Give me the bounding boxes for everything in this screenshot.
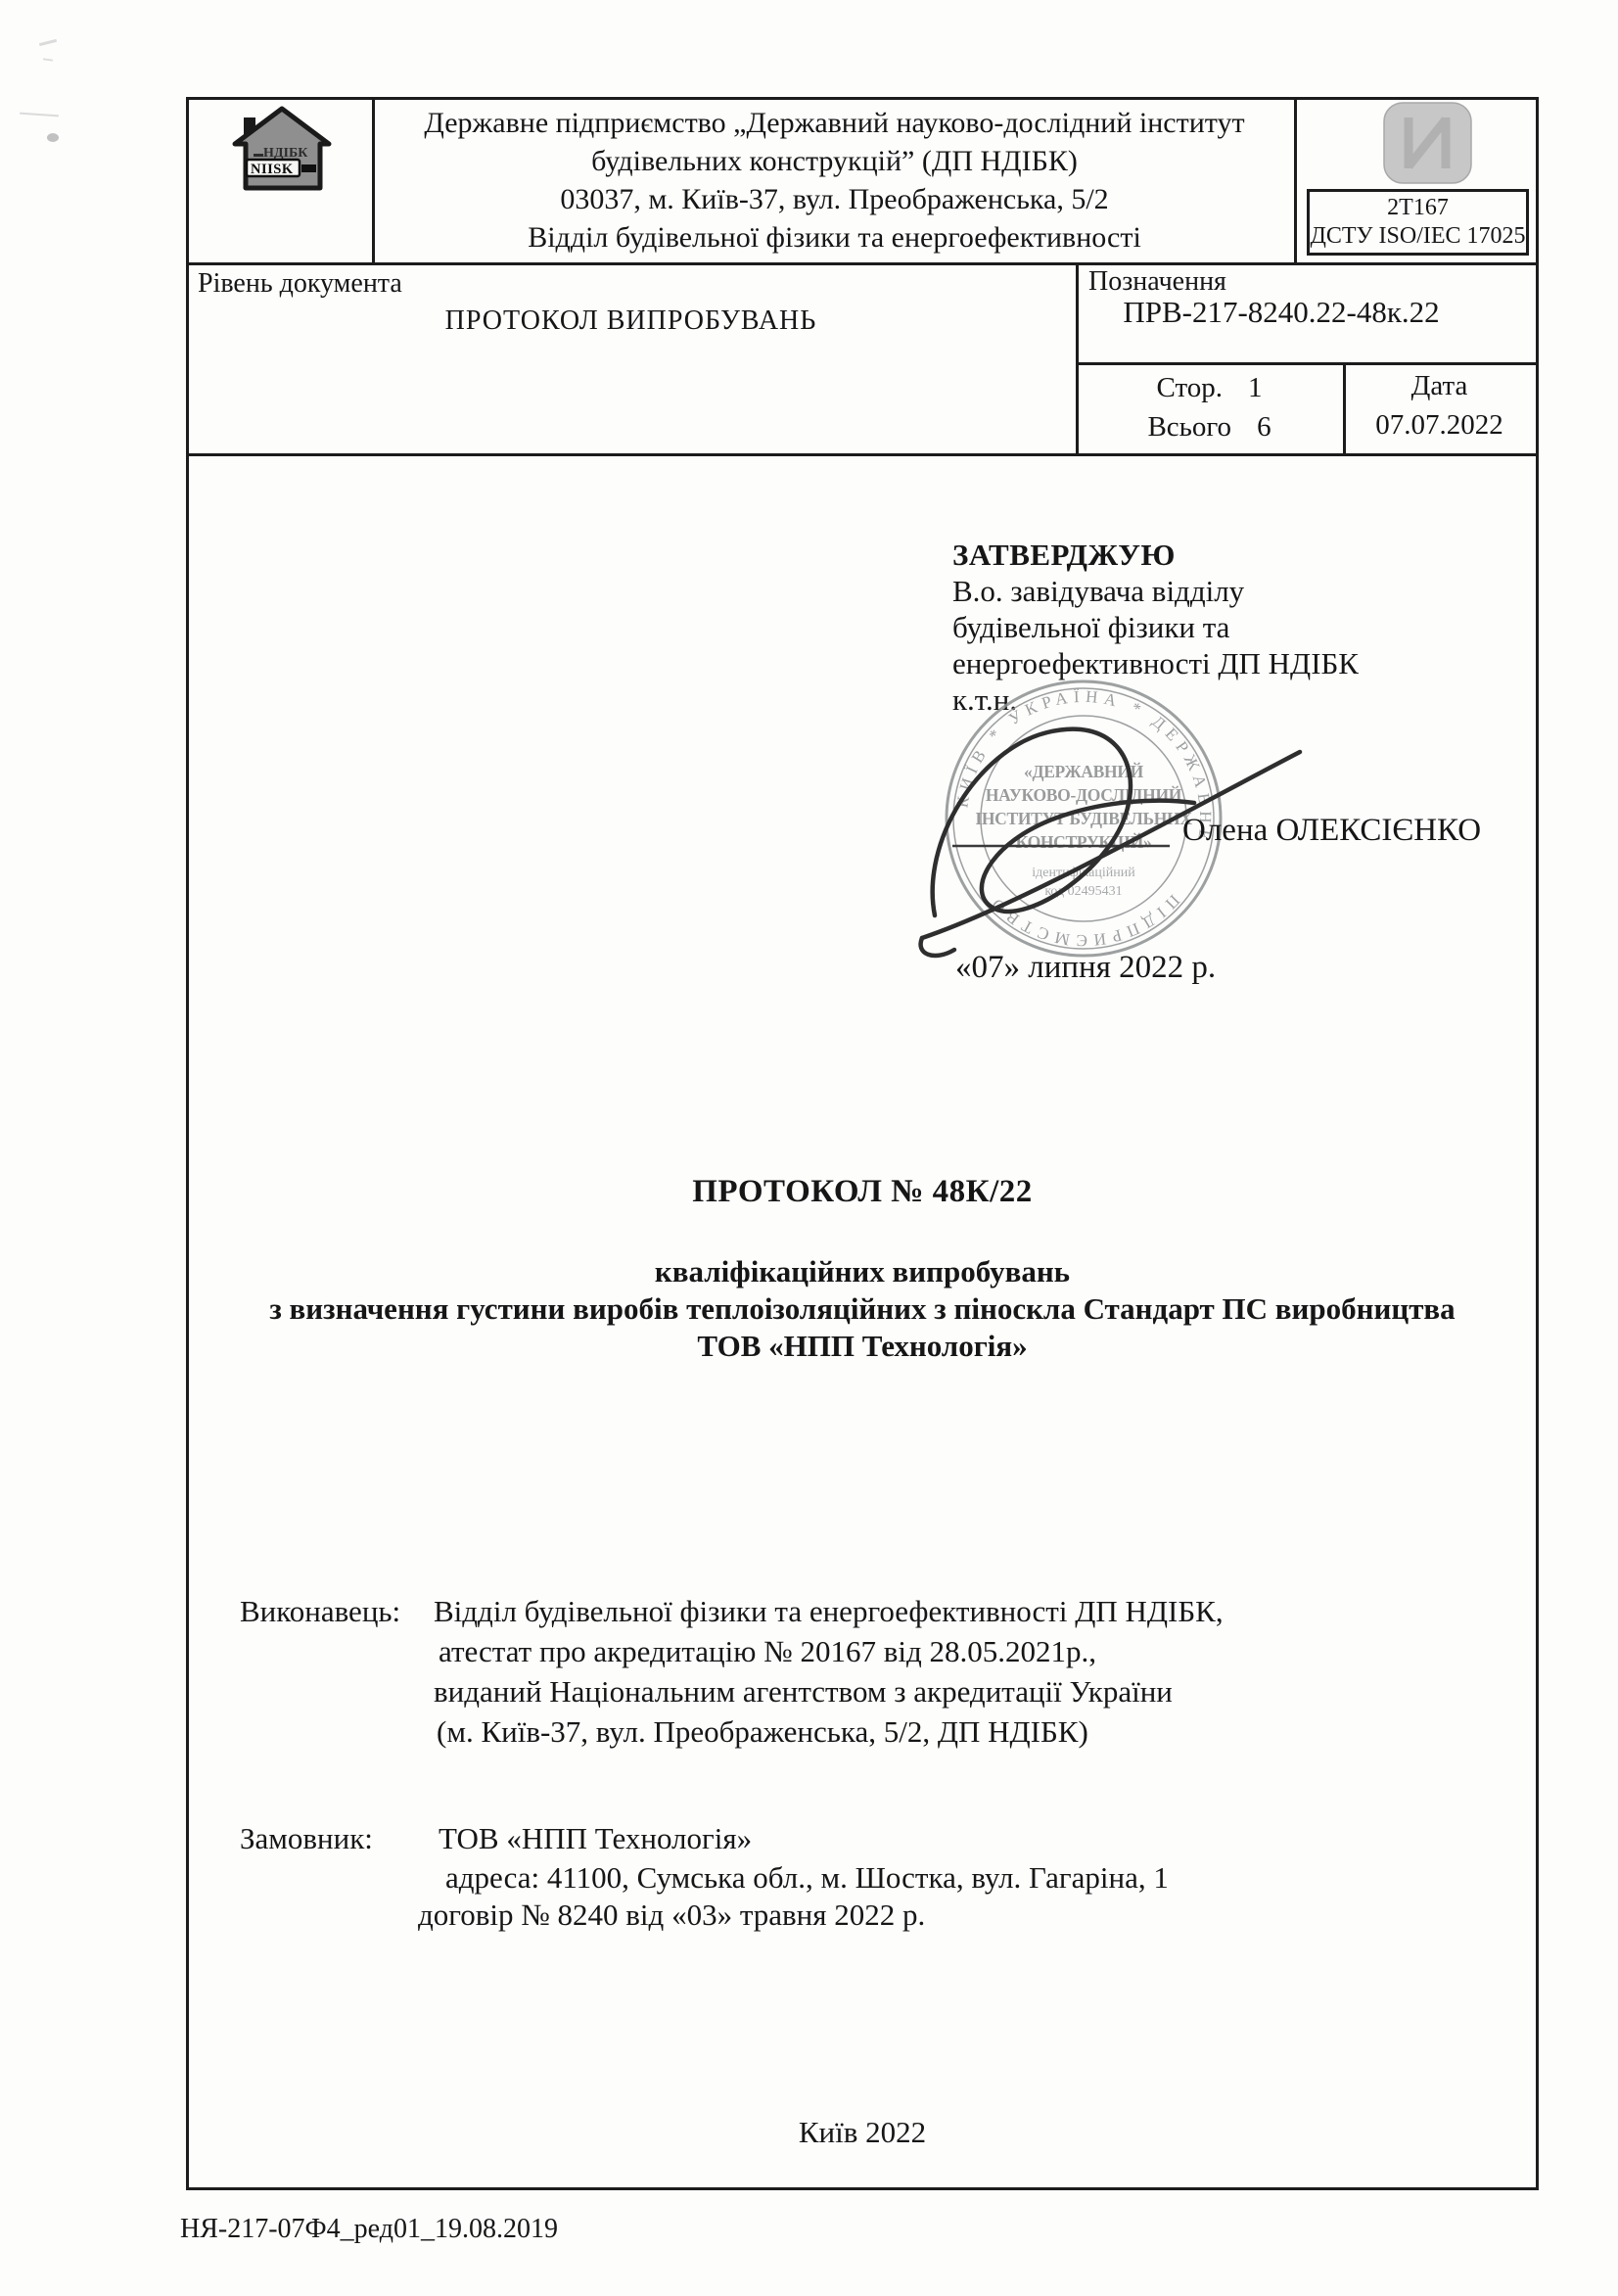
scan-artifact [39,39,57,46]
form-code-footer: НЯ-217-07Ф4_ред01_19.08.2019 [180,2214,558,2245]
designation-label: Позначення [1088,266,1226,298]
org-line: Державне підприємство „Державний науково… [375,104,1294,142]
doc-level-label: Рівень документа [198,268,402,300]
page-counter: Стор.1 Всього6 [1076,368,1343,446]
total-row: Всього6 [1076,407,1343,446]
page-row: Стор.1 [1076,368,1343,407]
accreditation-mark-icon [1383,102,1472,184]
org-line: Відділ будівельної фізики та енергоефект… [375,218,1294,257]
accreditation-code: 2Т167 [1310,194,1526,222]
approval-date: «07» липня 2022 р. [955,950,1216,986]
customer-line: договір № 8240 від «03» травня 2022 р. [418,1898,925,1933]
org-line: 03037, м. Київ-37, вул. Преображенська, … [375,180,1294,218]
protocol-subtitle: з визначення густини виробів теплоізоляц… [186,1291,1539,1327]
org-line: будівельних конструкцій” (ДП НДІБК) [375,142,1294,180]
executor-line: (м. Київ-37, вул. Преображенська, 5/2, Д… [437,1714,1088,1750]
logo-text-niisk: NIISK [251,162,294,177]
protocol-title: ПРОТОКОЛ № 48К/22 [186,1174,1539,1210]
table-line [186,262,1539,265]
date-cell: Дата 07.07.2022 [1343,366,1536,445]
date-value: 07.07.2022 [1343,405,1536,445]
org-header: Державне підприємство „Державний науково… [375,104,1294,257]
accreditation-standard: ДСТУ ISO/IEC 17025 [1310,222,1526,251]
ndibk-logo: ▬НДІБК NIISK [231,105,333,192]
executor-label: Виконавець: [240,1594,434,1629]
table-line [186,453,1539,456]
logo-dash [301,164,316,172]
table-line [1294,97,1297,262]
scan-artifact [20,113,59,117]
city-year: Київ 2022 [186,2115,1539,2150]
accreditation-box: 2Т167 ДСТУ ISO/IEC 17025 [1307,189,1529,256]
scan-artifact [47,133,59,142]
protocol-subtitle: ТОВ «НПП Технологія» [186,1329,1539,1364]
designation-value: ПРВ-217-8240.22-48к.22 [1076,295,1487,330]
signer-name: Олена ОЛЕКСІЄНКО [1182,813,1481,849]
table-line [1076,362,1539,365]
approval-line: будівельної фізики та [952,609,1359,645]
customer-line: адреса: 41100, Сумська обл., м. Шостка, … [445,1860,1169,1896]
executor-line: Виконавець:Відділ будівельної фізики та … [240,1594,1224,1629]
approval-line: енергоефективності ДП НДІБК [952,645,1359,681]
approval-line: В.о. завідувача відділу [952,573,1359,609]
customer-line: Замовник:ТОВ «НПП Технологія» [240,1821,752,1856]
executor-line: атестат про акредитацію № 20167 від 28.0… [439,1634,1096,1669]
protocol-page: ▬НДІБК NIISK Державне підприємство „Держ… [0,0,1618,2296]
protocol-subtitle: кваліфікаційних випробувань [186,1254,1539,1289]
executor-line: виданий Національним агентством з акреди… [434,1674,1173,1710]
customer-label: Замовник: [240,1821,439,1856]
approval-heading: ЗАТВЕРДЖУЮ [952,537,1359,573]
doc-type: ПРОТОКОЛ ВИПРОБУВАНЬ [186,305,1076,337]
scan-artifact [43,58,53,61]
date-label: Дата [1343,366,1536,405]
